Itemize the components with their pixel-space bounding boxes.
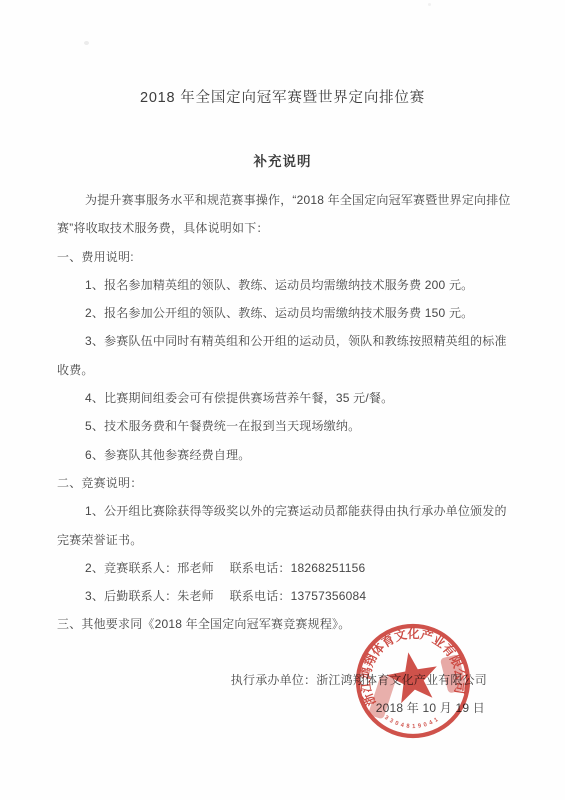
doc-section-heading: 二、竞赛说明： [57,469,525,497]
scan-speck [428,3,431,6]
doc-line: 4、比赛期间组委会可有偿提供赛场营养午餐，35 元/餐。 [57,384,525,412]
document-title: 2018 年全国定向冠军赛暨世界定向排位赛 [0,86,565,107]
doc-line: 赛”将收取技术服务费，具体说明如下： [57,214,525,242]
star-icon [383,648,442,705]
company-seal: 浙江鸿翔体育文化产业有限公司 3304819041 [328,596,498,766]
doc-line: 1、报名参加精英组的领队、教练、运动员均需缴纳技术服务费 200 元。 [57,271,525,299]
document-subtitle: 补充说明 [0,150,565,170]
doc-line: 为提升赛事服务水平和规范赛事操作，“2018 年全国定向冠军赛暨世界定向排位 [57,186,525,214]
scanned-document-page: 2018 年全国定向冠军赛暨世界定向排位赛 补充说明 为提升赛事服务水平和规范赛… [0,0,565,800]
doc-line: 2、竞赛联系人：邢老师 联系电话：18268251156 [57,554,525,582]
doc-line: 2、报名参加公开组的领队、教练、运动员均需缴纳技术服务费 150 元。 [57,299,525,327]
doc-line: 1、公开组比赛除获得等级奖以外的完赛运动员都能获得由执行承办单位颁发的 [57,497,525,525]
scan-speck [84,41,89,45]
doc-line: 6、参赛队其他参赛经费自理。 [57,441,525,469]
doc-line: 完赛荣誉证书。 [57,526,525,554]
doc-section-heading: 一、费用说明: [57,243,525,271]
doc-line: 收费。 [57,356,525,384]
doc-line: 3、参赛队伍中同时有精英组和公开组的运动员，领队和教练按照精英组的标准 [57,327,525,355]
seal-serial-number: 3304819041 [383,715,442,730]
document-body: 为提升赛事服务水平和规范赛事操作，“2018 年全国定向冠军赛暨世界定向排位 赛… [57,186,525,639]
doc-line: 5、技术服务费和午餐费统一在报到当天现场缴纳。 [57,412,525,440]
